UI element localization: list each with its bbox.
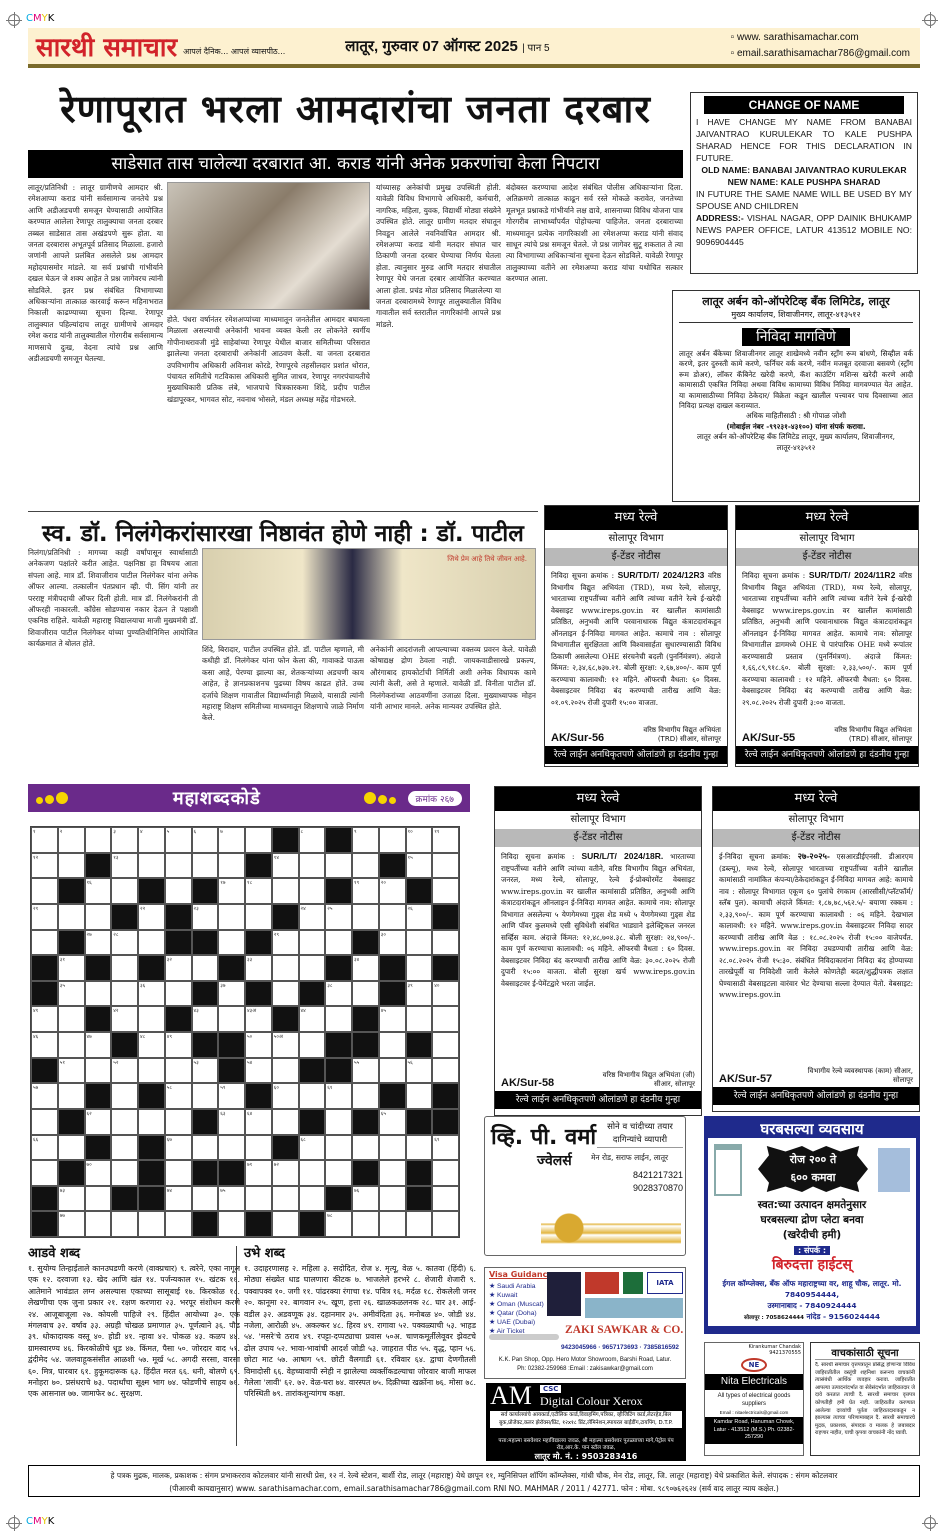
second-column-1: निलंगा/प्रतिनिधी : मागच्या काही वर्षांपा… bbox=[28, 547, 198, 772]
crossword-cell[interactable] bbox=[299, 930, 326, 956]
warning-bar: रेल्वे लाईन अनधिकृतपणे ओलांडणे हा दंडनीय… bbox=[545, 746, 727, 764]
crossword-cell[interactable] bbox=[406, 1083, 433, 1109]
crossword-cell[interactable] bbox=[58, 1032, 85, 1058]
crossword-cell[interactable] bbox=[379, 1032, 406, 1058]
crossword-cell[interactable]: ३ bbox=[111, 827, 138, 853]
crossword-cell[interactable] bbox=[192, 955, 219, 981]
crossword-cell[interactable] bbox=[299, 1083, 326, 1109]
crossword-cell[interactable]: ७६ bbox=[352, 1186, 379, 1212]
crossword-cell[interactable] bbox=[432, 853, 459, 879]
crossword-cell[interactable] bbox=[111, 1211, 138, 1237]
crossword-block bbox=[245, 930, 272, 956]
crossword-cell[interactable] bbox=[31, 1160, 58, 1186]
crossword-block bbox=[352, 1006, 379, 1032]
warning-bar: रेल्वे लाईन अनधिकृतपणे ओलांडणे हा दंडनीय… bbox=[495, 1091, 701, 1109]
crossword-cell[interactable]: ३६ bbox=[138, 981, 165, 1007]
crossword-cell[interactable] bbox=[138, 1006, 165, 1032]
crossword-cell[interactable] bbox=[272, 1211, 299, 1237]
address: ADDRESS:- VISHAL NAGAR, OPP DAINIK BHUKA… bbox=[696, 212, 912, 248]
crossword-block bbox=[245, 1083, 272, 1109]
crossword-cell[interactable] bbox=[352, 853, 379, 879]
crossword-cell[interactable] bbox=[406, 1135, 433, 1161]
crossword-cell[interactable] bbox=[379, 1160, 406, 1186]
crossword-cell[interactable]: २८ bbox=[111, 930, 138, 956]
crossword-block bbox=[138, 1135, 165, 1161]
crossword-block bbox=[31, 955, 58, 981]
crossword-cell[interactable] bbox=[325, 1006, 352, 1032]
passport-image bbox=[547, 1272, 581, 1316]
crossword-cell[interactable] bbox=[406, 1211, 433, 1237]
crossword-cell[interactable] bbox=[165, 1109, 192, 1135]
crossword-cell[interactable] bbox=[192, 1186, 219, 1212]
crossword-cell[interactable] bbox=[165, 1160, 192, 1186]
crossword-block bbox=[245, 981, 272, 1007]
crossword-cell[interactable] bbox=[138, 1058, 165, 1084]
crossword-cell[interactable]: ३८ bbox=[325, 981, 352, 1007]
crossword-cell[interactable]: ४१ bbox=[31, 1006, 58, 1032]
second-column-3: अनेकांनी आदरांजली आपल्याच्या वक्तव्य प्र… bbox=[370, 644, 536, 772]
crossword-cell[interactable]: ५४ bbox=[245, 1058, 272, 1084]
crossword-cell[interactable]: ३४ bbox=[352, 955, 379, 981]
crossword-cell[interactable]: ८ bbox=[299, 827, 326, 853]
crossword-block bbox=[58, 878, 85, 904]
crossword-block bbox=[325, 1186, 352, 1212]
lead-column-1: लातूर/प्रतिनिधी : लातूर ग्रामीणचे आमदार … bbox=[28, 182, 163, 500]
website-link[interactable]: ▫ www. sarathisamachar.com bbox=[731, 30, 910, 46]
crossword-cell[interactable]: २३ bbox=[192, 904, 219, 930]
crossword-cell[interactable] bbox=[379, 904, 406, 930]
home-business-ad: घरबसल्या व्यवसाय रोज २०० ते६०० कमवा स्वत… bbox=[704, 1116, 920, 1334]
registration-mark-icon bbox=[8, 1517, 20, 1529]
crossword-cell[interactable] bbox=[111, 1160, 138, 1186]
crossword-cell[interactable] bbox=[406, 955, 433, 981]
crossword-cell[interactable]: ११ bbox=[432, 827, 459, 853]
crossword-block bbox=[218, 1058, 245, 1084]
crossword-cell[interactable] bbox=[379, 1186, 406, 1212]
crossword-cell[interactable] bbox=[218, 853, 245, 879]
crossword-cell[interactable] bbox=[432, 1186, 459, 1212]
visa-ad: Visa Guidance ★ Saudi Arabia★ Kuwait★ Om… bbox=[484, 1267, 686, 1379]
crossword-cell[interactable]: १३ bbox=[111, 853, 138, 879]
crossword-cell[interactable]: ४६ bbox=[31, 1032, 58, 1058]
second-photo: जिथे प्रेम आहे तिथे जीवन आहे. bbox=[202, 548, 536, 640]
crossword-cell[interactable] bbox=[31, 930, 58, 956]
crossword-cell[interactable]: ६७ bbox=[165, 1135, 192, 1161]
crossword-cell[interactable]: २५ bbox=[325, 904, 352, 930]
email-link[interactable]: ▫ email.sarathisamachar786@gmail.com bbox=[731, 46, 910, 62]
crossword-cell[interactable]: १ bbox=[31, 827, 58, 853]
crossword-cell[interactable]: ६१ bbox=[325, 1083, 352, 1109]
crossword-cell[interactable] bbox=[85, 1058, 112, 1084]
cmyk-label: CMYK bbox=[26, 13, 54, 24]
crossword-cell[interactable]: ५० bbox=[245, 1032, 272, 1058]
crossword-cell[interactable] bbox=[352, 904, 379, 930]
crossword-cell[interactable] bbox=[379, 827, 406, 853]
crossword-cell[interactable]: ७५ bbox=[218, 1186, 245, 1212]
crossword-block bbox=[352, 1160, 379, 1186]
crossword-block bbox=[58, 930, 85, 956]
crossword-cell[interactable]: ३९ bbox=[406, 981, 433, 1007]
crossword-block bbox=[432, 904, 459, 930]
hajj-image bbox=[585, 1272, 619, 1294]
crossword-cell[interactable] bbox=[432, 1006, 459, 1032]
divider bbox=[236, 1246, 237, 1446]
crossword-cell[interactable]: ४७ bbox=[85, 1032, 112, 1058]
umrah-image bbox=[623, 1272, 643, 1294]
registration-mark-icon bbox=[924, 1517, 936, 1529]
crossword-block bbox=[111, 1032, 138, 1058]
bank-tender-notice: लातूर अर्बन को-ऑपरेटिव्ह बँक लिमिटेड, ला… bbox=[672, 290, 920, 502]
tagline: आपलं दैनिक... आपलं व्यासपीठ... bbox=[183, 46, 285, 57]
burst-badge: रोज २०० ते६०० कमवा bbox=[758, 1146, 868, 1192]
crossword-block bbox=[165, 930, 192, 956]
crossword-block bbox=[165, 1006, 192, 1032]
crossword-cell[interactable]: ५२ bbox=[111, 1058, 138, 1084]
crossword-block bbox=[31, 981, 58, 1007]
crossword-cell[interactable]: ६५ bbox=[379, 1109, 406, 1135]
crossword-cell[interactable]: ४५ bbox=[379, 1006, 406, 1032]
crossword-block bbox=[432, 1109, 459, 1135]
crossword-cell[interactable] bbox=[432, 878, 459, 904]
lead-headline: रेणापूरात भरला आमदारांचा जनता दरबार bbox=[28, 82, 683, 134]
crossword-cell[interactable] bbox=[111, 981, 138, 1007]
crossword-block bbox=[379, 853, 406, 879]
crossword-block bbox=[85, 1135, 112, 1161]
crossword-cell[interactable] bbox=[299, 955, 326, 981]
crossword-cell[interactable] bbox=[85, 827, 112, 853]
crossword-cell[interactable] bbox=[272, 1058, 299, 1084]
crossword-cell[interactable]: ६३ bbox=[218, 1109, 245, 1135]
crossword-block bbox=[406, 1032, 433, 1058]
crossword-cell[interactable]: ५६ bbox=[406, 1058, 433, 1084]
crossword-cell[interactable] bbox=[299, 1186, 326, 1212]
machine-image bbox=[714, 1144, 742, 1196]
crossword-cell[interactable]: १८ bbox=[245, 878, 272, 904]
crossword-cell[interactable] bbox=[165, 853, 192, 879]
imprint-footer: हे पत्रक मुद्रक, मालक, प्रकाशक : संगम प्… bbox=[28, 1465, 920, 1497]
crossword-cell[interactable] bbox=[406, 1006, 433, 1032]
crossword-cell[interactable]: १४ bbox=[272, 853, 299, 879]
crossword-cell[interactable] bbox=[352, 1135, 379, 1161]
lead-photo bbox=[167, 182, 370, 310]
crossword-cell[interactable] bbox=[85, 1211, 112, 1237]
crossword-cell[interactable] bbox=[245, 1135, 272, 1161]
crossword-cell[interactable] bbox=[111, 1135, 138, 1161]
crossword-block bbox=[218, 1160, 245, 1186]
crossword-cell[interactable] bbox=[192, 1135, 219, 1161]
crossword-cell[interactable] bbox=[432, 1160, 459, 1186]
crossword-cell[interactable]: १९ bbox=[352, 878, 379, 904]
lead-column-4: बंदोबस्त करण्याचा आदेश संबंधित पोलीस अधि… bbox=[506, 182, 683, 500]
crossword-cell[interactable] bbox=[58, 1135, 85, 1161]
crossword-block bbox=[272, 904, 299, 930]
crossword-cell[interactable]: ४ bbox=[138, 827, 165, 853]
crossword-cell[interactable]: ७७ bbox=[58, 1211, 85, 1237]
jeweller-ad: व्हि. पी. वर्मा ज्वेलर्स सोने व चांदीच्य… bbox=[484, 1116, 686, 1256]
visa-country-item: ★ UAE (Dubai) bbox=[489, 1318, 544, 1327]
crossword-cell[interactable] bbox=[272, 1186, 299, 1212]
crossword-cell[interactable] bbox=[58, 1006, 85, 1032]
crossword-cell[interactable] bbox=[299, 853, 326, 879]
crossword-cell[interactable] bbox=[138, 1109, 165, 1135]
crossword-cell[interactable]: ४३ bbox=[192, 1006, 219, 1032]
crossword-cell[interactable] bbox=[192, 853, 219, 879]
registration-mark-icon bbox=[8, 14, 20, 26]
railway-notice-56: मध्य रेल्वे सोलापूर विभाग ई-टेंडर नोटीस … bbox=[544, 505, 728, 767]
crossword-cell[interactable]: ३२ bbox=[165, 955, 192, 981]
crossword-cell[interactable] bbox=[299, 878, 326, 904]
crossword-cell[interactable]: १५ bbox=[406, 853, 433, 879]
crossword-cell[interactable] bbox=[272, 981, 299, 1007]
crossword-block bbox=[325, 827, 352, 853]
crossword-cell[interactable] bbox=[352, 1211, 379, 1237]
crossword-cell[interactable]: ४० bbox=[432, 981, 459, 1007]
crossword-cell[interactable] bbox=[325, 853, 352, 879]
crossword-grid[interactable]: १२३४५६७८९१०१११२१३१४१५१६१७१८१९२०२१२२२३२४२… bbox=[30, 826, 460, 1238]
crossword-cell[interactable] bbox=[218, 904, 245, 930]
crossword-cell[interactable] bbox=[165, 981, 192, 1007]
old-name: OLD NAME: BANABAI JAIVANTRAO KURULEKAR bbox=[696, 164, 912, 176]
lead-column-3: यांच्यासह अनेकांची प्रमुख उपस्थिती होती.… bbox=[376, 182, 501, 500]
crossword-cell[interactable] bbox=[218, 1135, 245, 1161]
crossword-cell[interactable] bbox=[245, 904, 272, 930]
crossword-cell[interactable] bbox=[325, 1135, 352, 1161]
crossword-block bbox=[85, 1083, 112, 1109]
crossword-cell[interactable]: ६९ bbox=[432, 1135, 459, 1161]
crossword-block bbox=[352, 1032, 379, 1058]
crossword-cell[interactable] bbox=[58, 904, 85, 930]
notice-title: CHANGE OF NAME bbox=[704, 96, 904, 114]
crossword-cell[interactable] bbox=[85, 981, 112, 1007]
crossword-block bbox=[325, 878, 352, 904]
notice-code: AK/Sur-55 bbox=[742, 732, 795, 744]
crossword-block bbox=[165, 904, 192, 930]
crossword-cell[interactable]: ९ bbox=[352, 827, 379, 853]
crossword-cell[interactable]: ६४ bbox=[245, 1109, 272, 1135]
crossword-cell[interactable] bbox=[325, 930, 352, 956]
crossword-cell[interactable] bbox=[31, 1109, 58, 1135]
crossword-cell[interactable]: ३५ bbox=[58, 981, 85, 1007]
crossword-cell[interactable] bbox=[432, 930, 459, 956]
notice-code: AK/Sur-56 bbox=[551, 732, 604, 744]
crossword-cell[interactable]: ३१ bbox=[58, 955, 85, 981]
crossword-cell[interactable] bbox=[432, 1032, 459, 1058]
crossword-block bbox=[245, 1211, 272, 1237]
crossword-cell[interactable] bbox=[379, 1135, 406, 1161]
crossword-cell[interactable]: ७८ bbox=[325, 1211, 352, 1237]
crossword-block bbox=[325, 1032, 352, 1058]
crossword-cell[interactable]: २९ bbox=[272, 930, 299, 956]
crossword-block bbox=[138, 1186, 165, 1212]
crossword-block bbox=[192, 1032, 219, 1058]
crossword-cell[interactable]: २ bbox=[58, 827, 85, 853]
crossword-block bbox=[325, 1058, 352, 1084]
crossword-cell[interactable]: ४३अ bbox=[245, 1006, 272, 1032]
crossword-block bbox=[58, 1109, 85, 1135]
crossword-cell[interactable] bbox=[245, 827, 272, 853]
crossword-header: महाशब्दकोडे क्रमांक २६७ bbox=[28, 784, 470, 812]
new-name: NEW NAME: KALE PUSHPA SHARAD bbox=[696, 176, 912, 188]
crossword-block bbox=[299, 981, 326, 1007]
crossword-cell[interactable]: १० bbox=[406, 827, 433, 853]
crossword-cell[interactable]: ५८ bbox=[165, 1083, 192, 1109]
crossword-cell[interactable] bbox=[165, 878, 192, 904]
crossword-cell[interactable]: १२ bbox=[31, 853, 58, 879]
crossword-block bbox=[299, 1109, 326, 1135]
crossword-block bbox=[406, 1109, 433, 1135]
crossword-block bbox=[192, 1109, 219, 1135]
crossword-cell[interactable]: ७२ bbox=[272, 1160, 299, 1186]
crossword-cell[interactable]: ५ bbox=[165, 827, 192, 853]
crossword-block bbox=[432, 1083, 459, 1109]
masthead: सारथी समाचार आपलं दैनिक... आपलं व्यासपीठ… bbox=[28, 28, 920, 68]
crossword-block bbox=[379, 1083, 406, 1109]
crossword-cell[interactable]: २१ bbox=[31, 904, 58, 930]
crossword-block bbox=[218, 1032, 245, 1058]
crossword-cell[interactable]: ५३ bbox=[192, 1058, 219, 1084]
crossword-cell[interactable]: ५९ bbox=[218, 1083, 245, 1109]
crossword-cell[interactable]: ७४ bbox=[165, 1186, 192, 1212]
crossword-cell[interactable]: ४२ bbox=[111, 1006, 138, 1032]
notice-code: AK/Sur-58 bbox=[501, 1077, 554, 1089]
crossword-cell[interactable] bbox=[138, 1211, 165, 1237]
crossword-cell[interactable]: ४९ bbox=[165, 1032, 192, 1058]
crossword-cell[interactable] bbox=[272, 878, 299, 904]
crossword-cell[interactable] bbox=[352, 1083, 379, 1109]
crossword-block bbox=[138, 1083, 165, 1109]
crossword-cell[interactable]: १६ bbox=[85, 878, 112, 904]
contact-info: ▫ www. sarathisamachar.com ▫ email.sarat… bbox=[731, 30, 910, 62]
registration-mark-icon bbox=[924, 14, 936, 26]
crossword-cell[interactable] bbox=[165, 1058, 192, 1084]
crossword-cell[interactable]: ३० bbox=[379, 930, 406, 956]
crossword-cell[interactable]: २४ bbox=[299, 904, 326, 930]
crossword-cell[interactable] bbox=[432, 1058, 459, 1084]
crossword-cell[interactable] bbox=[218, 1211, 245, 1237]
crossword-cell[interactable]: ५०अ bbox=[272, 1032, 299, 1058]
visa-country-item: ★ Qatar (Doha) bbox=[489, 1309, 544, 1318]
second-headline: स्व. डॉ. निलंगेकरांसारखा निष्ठावंत होणे … bbox=[28, 516, 538, 548]
warning-bar: रेल्वे लाईन अनधिकृतपणे ओलांडणे हा दंडनीय… bbox=[713, 1087, 919, 1105]
crossword-cell[interactable]: ३७ bbox=[218, 981, 245, 1007]
notice-code: AK/Sur-57 bbox=[719, 1073, 772, 1085]
crossword-cell[interactable] bbox=[165, 1211, 192, 1237]
crossword-cell[interactable]: ६६ bbox=[31, 1135, 58, 1161]
crossword-cell[interactable]: ५५ bbox=[352, 1058, 379, 1084]
crossword-block bbox=[31, 1186, 58, 1212]
crossword-cell[interactable]: ७ bbox=[218, 827, 245, 853]
crossword-cell[interactable] bbox=[432, 1211, 459, 1237]
visa-country-item: ★ Kuwait bbox=[489, 1291, 544, 1300]
crossword-block bbox=[111, 1186, 138, 1212]
crossword-cell[interactable] bbox=[111, 878, 138, 904]
lead-subheadline: साडेसात तास चालेल्या दरबारात आ. कराड यां… bbox=[28, 150, 683, 178]
crossword-block bbox=[379, 981, 406, 1007]
crossword-cell[interactable] bbox=[85, 904, 112, 930]
crossword-block bbox=[192, 930, 219, 956]
crossword-cell[interactable] bbox=[325, 1109, 352, 1135]
crossword-cell[interactable] bbox=[192, 1083, 219, 1109]
crossword-block bbox=[352, 930, 379, 956]
crossword-cell[interactable] bbox=[245, 1186, 272, 1212]
crossword-cell[interactable]: ४८ bbox=[138, 1032, 165, 1058]
crossword-cell[interactable]: २६ bbox=[406, 904, 433, 930]
crossword-cell[interactable] bbox=[299, 1032, 326, 1058]
crossword-cell[interactable] bbox=[218, 930, 245, 956]
crossword-cell[interactable] bbox=[111, 1083, 138, 1109]
xerox-ad: AM CSC Digital Colour Xerox सर्व कार्याल… bbox=[486, 1383, 686, 1461]
crossword-cell[interactable]: ६२ bbox=[85, 1109, 112, 1135]
crossword-cell[interactable] bbox=[272, 1109, 299, 1135]
dateline: लातूर, गुरुवार 07 ऑगस्ट 2025 | पान 5 bbox=[345, 36, 549, 56]
lead-column-2: होते. पंधरा वर्षानंतर रमेशअप्पांच्या माध… bbox=[167, 314, 370, 500]
crossword-cell[interactable]: ६ bbox=[192, 827, 219, 853]
crossword-cell[interactable]: २७ bbox=[85, 930, 112, 956]
crossword-cell[interactable] bbox=[299, 1160, 326, 1186]
crossword-cell[interactable] bbox=[111, 955, 138, 981]
crossword-block bbox=[31, 1211, 58, 1237]
crossword-cell[interactable]: १७ bbox=[218, 878, 245, 904]
crossword-cell[interactable] bbox=[138, 930, 165, 956]
crossword-cell[interactable] bbox=[218, 1006, 245, 1032]
crossword-block bbox=[406, 1160, 433, 1186]
crossword-cell[interactable] bbox=[138, 853, 165, 879]
railway-notice-58: मध्य रेल्वे सोलापूर विभाग ई-टेंडर नोटीस … bbox=[494, 786, 702, 1116]
crossword-block bbox=[31, 1058, 58, 1084]
crossword-cell[interactable] bbox=[58, 853, 85, 879]
crossword-cell[interactable] bbox=[111, 1109, 138, 1135]
crossword-cell[interactable]: ७३ bbox=[58, 1186, 85, 1212]
crossword-block bbox=[138, 955, 165, 981]
crossword-cell[interactable] bbox=[352, 981, 379, 1007]
ne-logo-icon: NE bbox=[741, 1358, 767, 1372]
crossword-cell[interactable]: २२ bbox=[138, 904, 165, 930]
down-clues: उभे शब्द १. उदाहरणासह २. महिला ३. सदोदित… bbox=[244, 1243, 476, 1458]
tender-title: निविदा मागविणे bbox=[742, 328, 850, 346]
crossword-cell[interactable]: ४४ bbox=[299, 1006, 326, 1032]
crossword-cell[interactable]: ३३ bbox=[245, 955, 272, 981]
crossword-cell[interactable] bbox=[58, 1083, 85, 1109]
crossword-cell[interactable]: ६८ bbox=[299, 1135, 326, 1161]
crossword-cell[interactable] bbox=[31, 878, 58, 904]
crossword-block bbox=[325, 955, 352, 981]
crossword-block bbox=[138, 1160, 165, 1186]
crossword-block bbox=[58, 1160, 85, 1186]
crossword-block bbox=[272, 827, 299, 853]
crossword-cell[interactable] bbox=[85, 1186, 112, 1212]
brand-logo: सारथी समाचार bbox=[36, 28, 177, 64]
crossword-cell[interactable]: ५७ bbox=[31, 1083, 58, 1109]
crossword-block bbox=[299, 1211, 326, 1237]
crossword-cell[interactable]: ६० bbox=[272, 1083, 299, 1109]
crossword-cell[interactable]: ७१ bbox=[245, 1160, 272, 1186]
crossword-cell[interactable] bbox=[379, 1058, 406, 1084]
crossword-cell[interactable]: २० bbox=[379, 878, 406, 904]
warning-bar: रेल्वे लाईन अनधिकृतपणे ओलांडणे हा दंडनीय… bbox=[736, 746, 918, 764]
crossword-cell[interactable] bbox=[379, 1211, 406, 1237]
crossword-cell[interactable] bbox=[272, 955, 299, 981]
railway-notice-57: मध्य रेल्वे सोलापूर विभाग ई-टेंडर नोटीस … bbox=[712, 786, 920, 1112]
crossword-title: महाशब्दकोडे bbox=[70, 786, 364, 810]
crossword-block bbox=[406, 878, 433, 904]
reader-notice: वाचकांसाठी सूचना दै. सारथी समाचार वृत्तप… bbox=[810, 1342, 920, 1456]
crossword-block bbox=[85, 955, 112, 981]
dots-icon bbox=[364, 789, 398, 808]
crossword-cell[interactable] bbox=[325, 1160, 352, 1186]
crossword-cell[interactable]: ७० bbox=[85, 1160, 112, 1186]
crossword-cell[interactable] bbox=[406, 930, 433, 956]
crossword-cell[interactable]: ५१ bbox=[58, 1058, 85, 1084]
